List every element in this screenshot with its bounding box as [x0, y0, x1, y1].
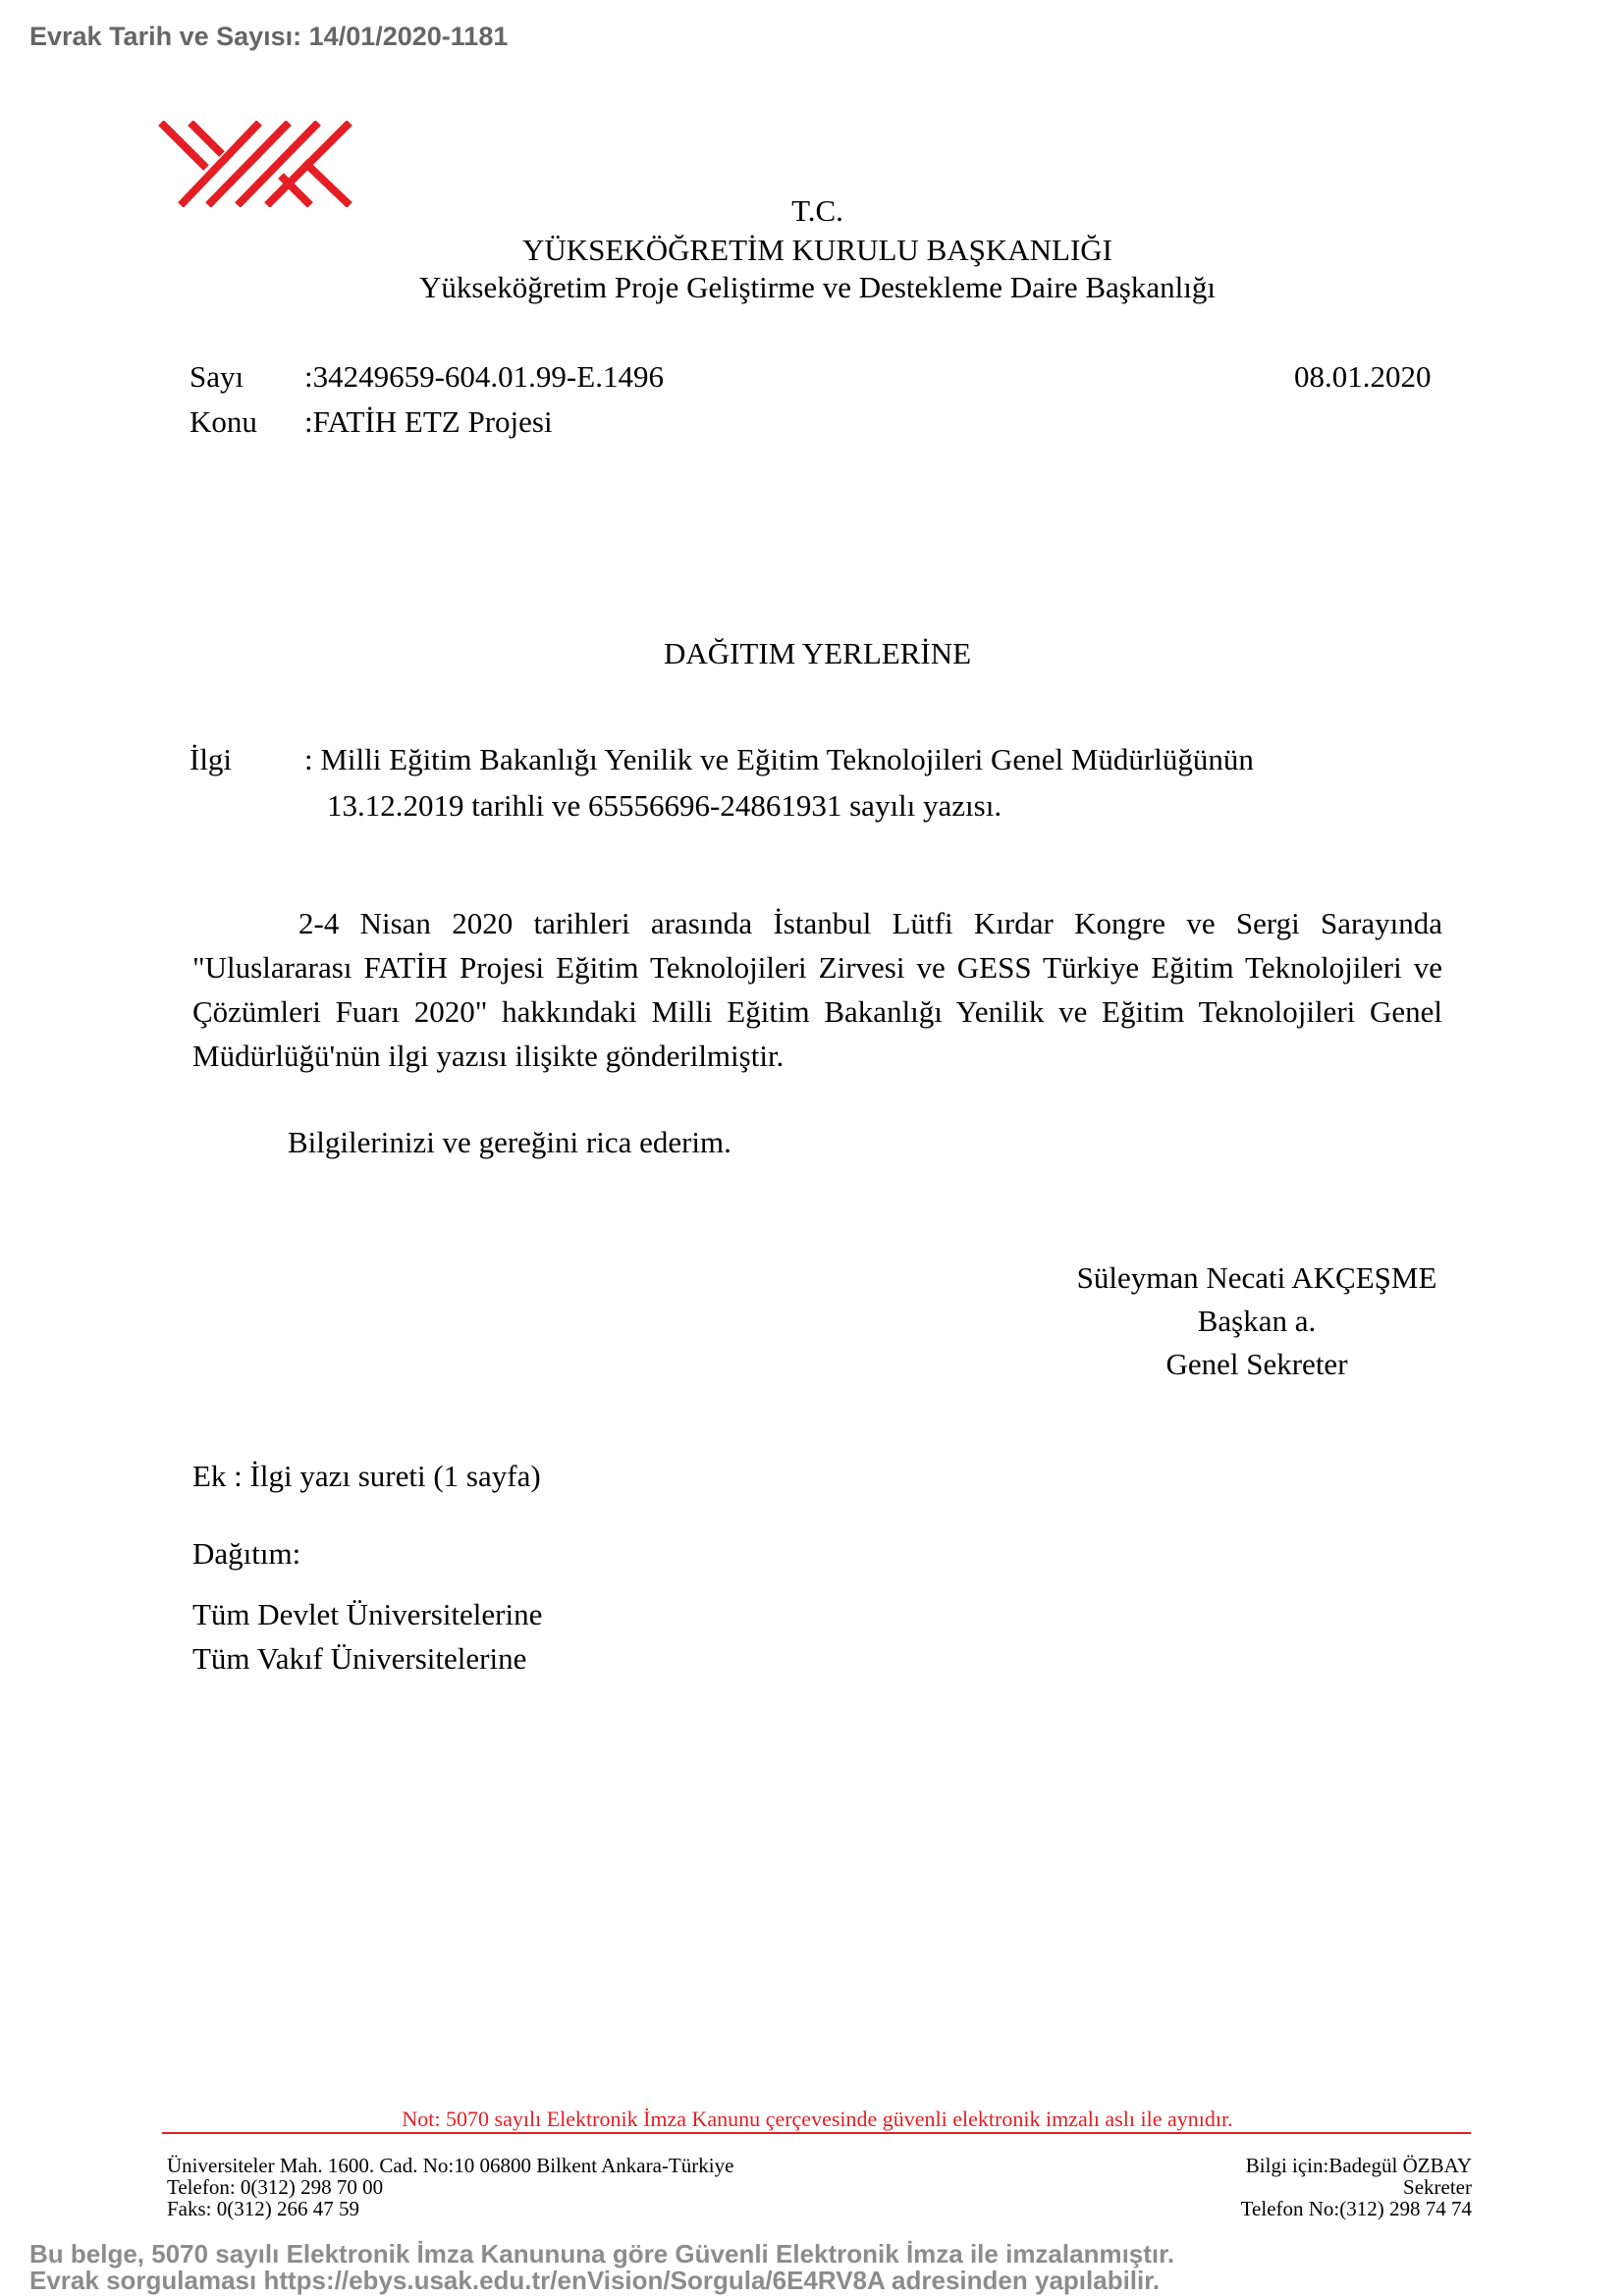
ilgi-reference-line1: : Milli Eğitim Bakanlığı Yenilik ve Eğit… — [304, 742, 1254, 777]
signature-block: Süleyman Necati AKÇEŞME Başkan a. Genel … — [1056, 1256, 1458, 1386]
esignature-verification-stamp: Bu belge, 5070 sayılı Elektronik İmza Ka… — [29, 2241, 1174, 2294]
ilgi-label: İlgi — [189, 742, 232, 777]
footer-phone: Telefon: 0(312) 298 70 00 — [167, 2176, 733, 2198]
attachment-line: Ek : İlgi yazı sureti (1 sayfa) — [192, 1459, 541, 1494]
distribution-item: Tüm Devlet Üniversitelerine — [192, 1597, 542, 1632]
signatory-name: Süleyman Necati AKÇEŞME — [1056, 1256, 1458, 1300]
contact-phone: Telefon No:(312) 298 74 74 — [1241, 2198, 1472, 2219]
verification-link[interactable]: Evrak sorgulaması https://ebys.usak.edu.… — [29, 2268, 1174, 2294]
esignature-statement: Bu belge, 5070 sayılı Elektronik İmza Ka… — [29, 2241, 1174, 2268]
footer-fax: Faks: 0(312) 266 47 59 — [167, 2198, 733, 2219]
footer-address-block: Üniversiteler Mah. 1600. Cad. No:10 0680… — [167, 2155, 733, 2219]
signatory-title: Başkan a. — [1056, 1300, 1458, 1343]
header-institution: YÜKSEKÖĞRETİM KURULU BAŞKANLIĞI — [0, 233, 1624, 268]
contact-person: Bilgi için:Badegül ÖZBAY — [1241, 2155, 1472, 2176]
document-date: 08.01.2020 — [1294, 359, 1432, 395]
konu-label: Konu — [189, 404, 257, 440]
distribution-label: Dağıtım: — [192, 1536, 300, 1572]
body-text: 2-4 Nisan 2020 tarihleri arasında İstanb… — [192, 901, 1442, 1078]
document-date-number-stamp: Evrak Tarih ve Sayısı: 14/01/2020-1181 — [29, 22, 508, 52]
ilgi-reference-line2: 13.12.2019 tarihli ve 65556696-24861931 … — [327, 788, 1001, 824]
konu-value: :FATİH ETZ Projesi — [304, 404, 553, 440]
distribution-item: Tüm Vakıf Üniversitelerine — [192, 1641, 526, 1677]
footer-contact-block: Bilgi için:Badegül ÖZBAY Sekreter Telefo… — [1241, 2155, 1472, 2219]
header-department: Yükseköğretim Proje Geliştirme ve Destek… — [0, 270, 1624, 305]
closing-line: Bilgilerinizi ve gereğini rica ederim. — [288, 1125, 731, 1160]
esignature-note: Not: 5070 sayılı Elektronik İmza Kanunu … — [0, 2107, 1624, 2132]
sayi-value: :34249659-604.01.99-E.1496 — [304, 359, 664, 395]
footer-address: Üniversiteler Mah. 1600. Cad. No:10 0680… — [167, 2155, 733, 2176]
addressee-heading: DAĞITIM YERLERİNE — [0, 636, 1624, 671]
signatory-role: Genel Sekreter — [1056, 1343, 1458, 1386]
footer-divider — [162, 2132, 1471, 2134]
body-paragraph: 2-4 Nisan 2020 tarihleri arasında İstanb… — [192, 901, 1442, 1078]
sayi-label: Sayı — [189, 359, 244, 395]
header-tc: T.C. — [0, 193, 1624, 229]
contact-title: Sekreter — [1241, 2176, 1472, 2198]
